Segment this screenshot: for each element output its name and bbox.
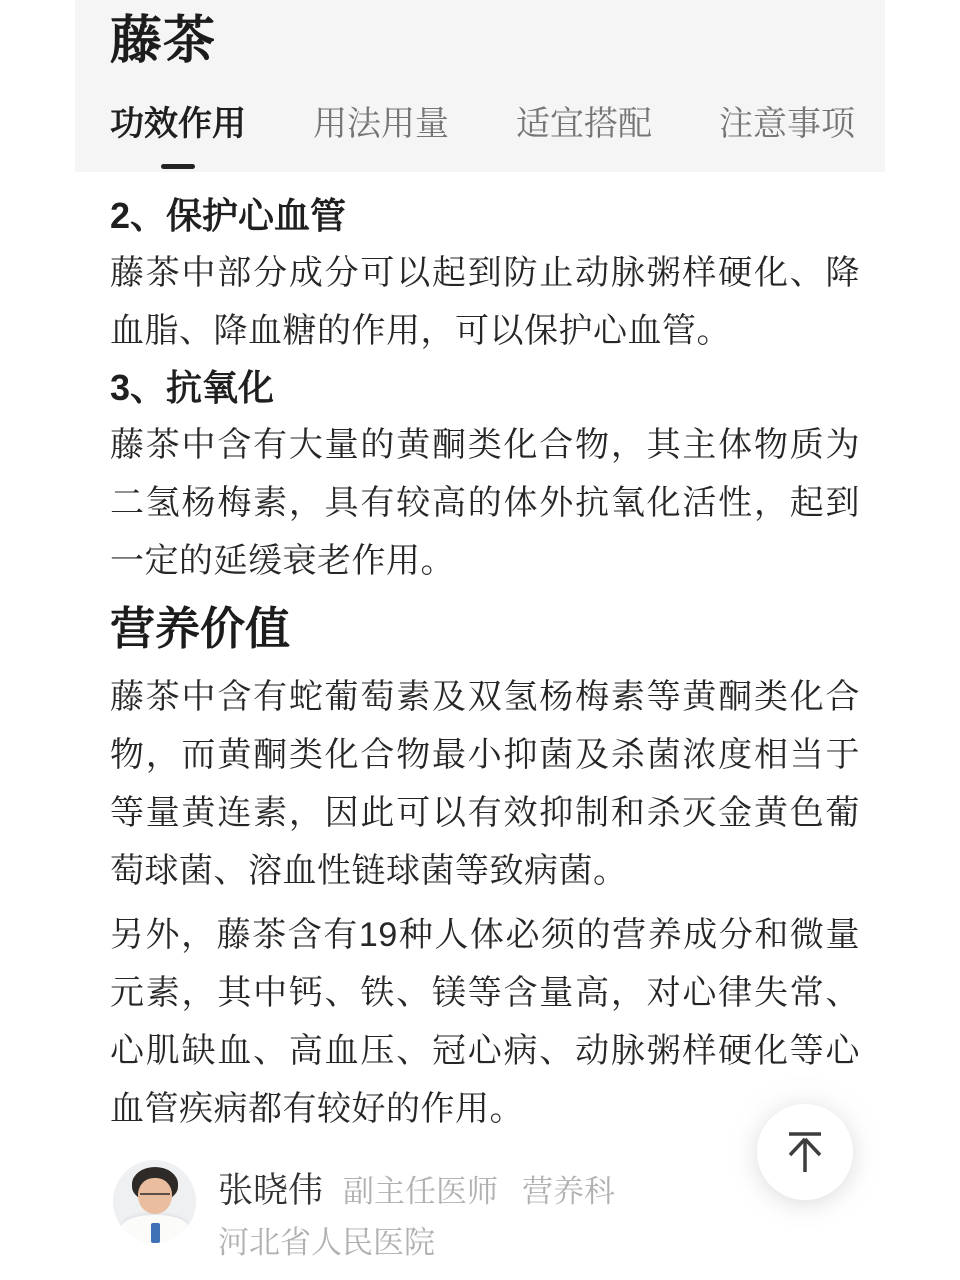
back-to-top-icon (782, 1127, 828, 1177)
doctor-hospital: 河北省人民医院 (218, 1225, 615, 1261)
doctor-name: 张晓伟 (218, 1171, 323, 1211)
doctor-department: 营养科 (522, 1166, 615, 1211)
section-heading: 2、保护心血管 (110, 194, 860, 238)
page-title: 藤茶 (110, 10, 216, 72)
tab-label: 用法用量 (313, 105, 449, 143)
avatar-tie (151, 1223, 160, 1243)
doctor-card[interactable]: 张晓伟 副主任医师 营养科 河北省人民医院 (110, 1160, 860, 1261)
paragraph: 藤茶中含有大量的黄酮类化合物，其主体物质为二氢杨梅素，具有较高的体外抗氧化活性，… (110, 416, 860, 590)
tab-bar: 功效作用用法用量适宜搭配注意事项 (110, 102, 855, 172)
article-sections: 2、保护心血管藤茶中部分成分可以起到防止动脉粥样硬化、降血脂、降血糖的作用，可以… (110, 194, 860, 1138)
app-screen: 藤茶 功效作用用法用量适宜搭配注意事项 2、保护心血管藤茶中部分成分可以起到防止… (0, 0, 960, 1280)
tab-pairing[interactable]: 适宜搭配 (516, 102, 652, 172)
paragraph: 另外，藤茶含有19种人体必须的营养成分和微量元素，其中钙、铁、镁等含量高，对心律… (110, 906, 860, 1138)
active-tab-underline (161, 164, 195, 169)
paragraph: 藤茶中含有蛇葡萄素及双氢杨梅素等黄酮类化合物，而黄酮类化合物最小抑菌及杀菌浓度相… (110, 668, 860, 900)
doctor-job-title: 副主任医师 (343, 1166, 498, 1211)
back-to-top-button[interactable] (757, 1104, 853, 1200)
tab-label: 注意事项 (719, 105, 855, 143)
paragraph: 藤茶中部分成分可以起到防止动脉粥样硬化、降血脂、降血糖的作用，可以保护心血管。 (110, 244, 860, 360)
header: 藤茶 功效作用用法用量适宜搭配注意事项 (75, 0, 885, 172)
avatar-glasses (140, 1193, 170, 1200)
tab-effects[interactable]: 功效作用 (110, 102, 246, 172)
tab-label: 功效作用 (110, 105, 246, 143)
article-content: 2、保护心血管藤茶中部分成分可以起到防止动脉粥样硬化、降血脂、降血糖的作用，可以… (0, 172, 960, 1261)
section-heading: 3、抗氧化 (110, 366, 860, 410)
tab-label: 适宜搭配 (516, 105, 652, 143)
section-heading: 营养价值 (110, 602, 860, 656)
tab-dosage[interactable]: 用法用量 (313, 102, 449, 172)
doctor-info: 张晓伟 副主任医师 营养科 河北省人民医院 (218, 1160, 615, 1261)
tab-precautions[interactable]: 注意事项 (719, 102, 855, 172)
doctor-title-line: 张晓伟 副主任医师 营养科 (218, 1166, 615, 1211)
doctor-avatar (113, 1160, 196, 1243)
